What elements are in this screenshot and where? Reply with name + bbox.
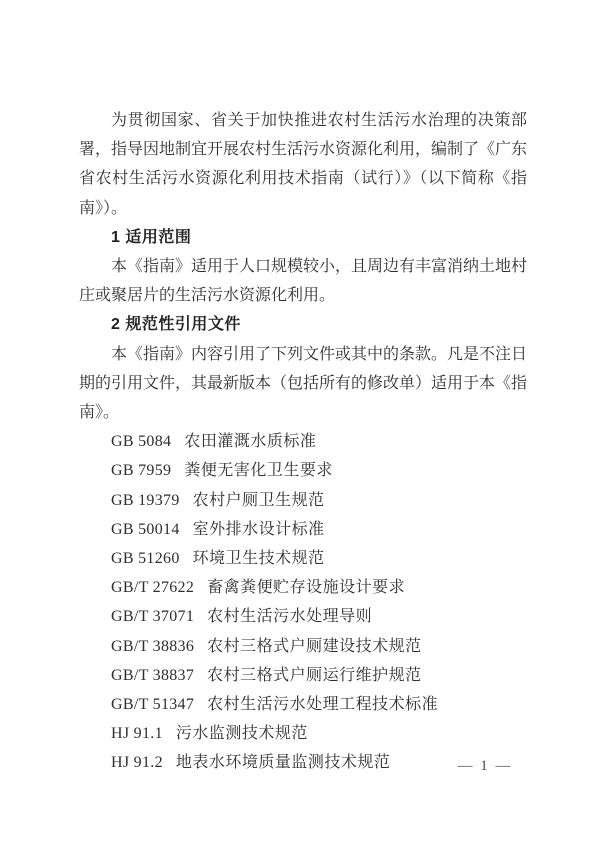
reference-title: 农田灌溉水质标准 [184,433,316,450]
reference-code: GB 7959 [111,462,171,479]
reference-item: GB/T 38837农村三格式户厕运行维护规范 [79,661,527,690]
reference-item: GB 51260环境卫生技术规范 [79,544,527,573]
reference-code: HJ 91.2 [111,754,163,771]
reference-title: 室外排水设计标准 [193,521,325,538]
reference-title: 粪便无害化卫生要求 [184,462,333,479]
reference-code: GB 50014 [111,521,180,538]
reference-code: HJ 91.1 [111,725,163,742]
reference-code: GB 5084 [111,433,171,450]
reference-code: GB/T 38837 [111,667,194,684]
reference-item: GB 7959粪便无害化卫生要求 [79,456,527,485]
reference-item: GB/T 37071农村生活污水处理导则 [79,602,527,631]
section-1-heading: 1 适用范围 [79,223,527,252]
reference-code: GB/T 51347 [111,696,194,713]
reference-item: GB/T 38836农村三格式户厕建设技术规范 [79,632,527,661]
reference-title: 环境卫生技术规范 [193,550,325,567]
page-number: — 1 — [440,753,530,779]
reference-item: GB/T 27622畜禽粪便贮存设施设计要求 [79,573,527,602]
reference-code: GB 19379 [111,492,180,509]
reference-title: 农村户厕卫生规范 [193,492,325,509]
reference-item: GB 5084农田灌溉水质标准 [79,427,527,456]
section-1-paragraph: 本《指南》适用于人口规模较小，且周边有丰富消纳土地村庄或聚居片的生活污水资源化利… [79,252,527,310]
reference-code: GB/T 27622 [111,579,194,596]
reference-code: GB/T 37071 [111,608,194,625]
reference-item: GB 50014室外排水设计标准 [79,515,527,544]
section-2-heading: 2 规范性引用文件 [79,310,527,339]
section-2-paragraph: 本《指南》内容引用了下列文件或其中的条款。凡是不注日期的引用文件，其最新版本（包… [79,340,527,428]
reference-title: 污水监测技术规范 [176,725,308,742]
reference-item: GB/T 51347农村生活污水处理工程技术标准 [79,690,527,719]
reference-title: 畜禽粪便贮存设施设计要求 [207,579,405,596]
reference-item: HJ 91.1污水监测技术规范 [79,719,527,748]
reference-title: 农村生活污水处理导则 [207,608,372,625]
reference-title: 农村三格式户厕运行维护规范 [207,667,422,684]
reference-list: GB 5084农田灌溉水质标准 GB 7959粪便无害化卫生要求 GB 1937… [79,427,527,777]
reference-title: 农村生活污水处理工程技术标准 [207,696,438,713]
reference-code: GB/T 38836 [111,638,194,655]
reference-code: GB 51260 [111,550,180,567]
reference-title: 地表水环境质量监测技术规范 [176,754,391,771]
intro-paragraph: 为贯彻国家、省关于加快推进农村生活污水治理的决策部署，指导因地制宜开展农村生活污… [79,106,527,223]
reference-title: 农村三格式户厕建设技术规范 [207,638,422,655]
reference-item: GB 19379农村户厕卫生规范 [79,486,527,515]
document-page: 为贯彻国家、省关于加快推进农村生活污水治理的决策部署，指导因地制宜开展农村生活污… [0,0,600,848]
document-body: 为贯彻国家、省关于加快推进农村生活污水治理的决策部署，指导因地制宜开展农村生活污… [79,106,527,778]
